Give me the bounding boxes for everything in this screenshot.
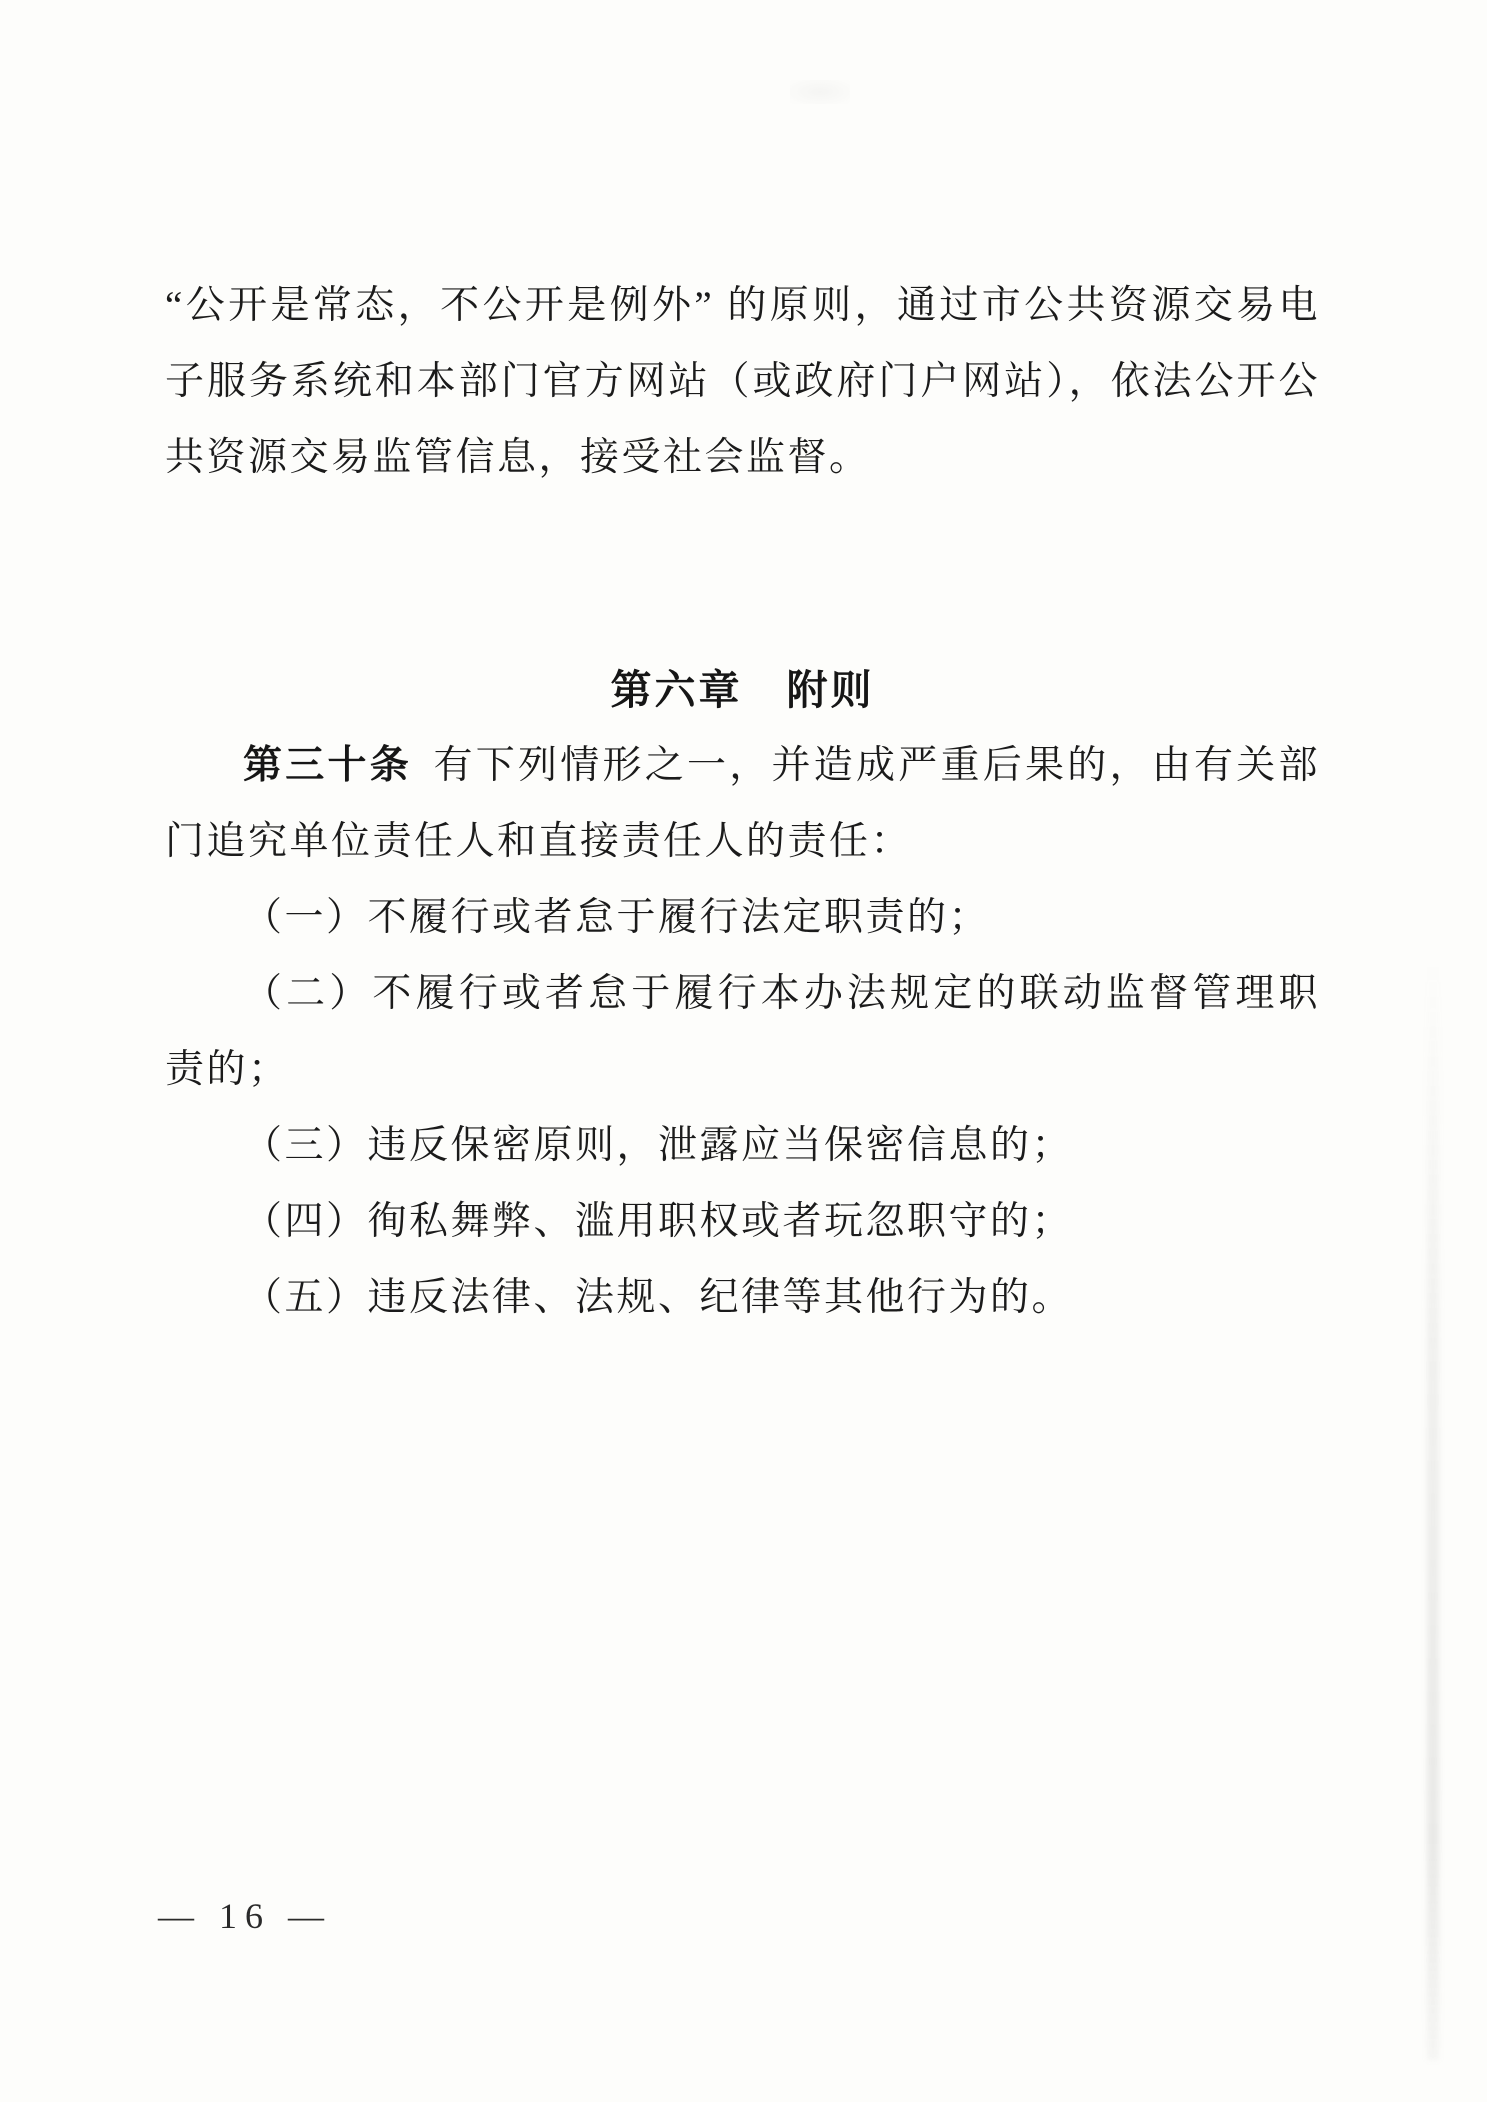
article-item-4: （四）徇私舞弊、滥用职权或者玩忽职守的；	[165, 1184, 1320, 1260]
document-page: “公开是常态，不公开是例外” 的原则，通过市公共资源交易电子服务系统和本部门官方…	[0, 0, 1487, 2102]
scan-artifact-right-edge	[1427, 960, 1439, 2060]
chapter-heading: 第六章 附则	[165, 652, 1320, 728]
article-item-5: （五）违反法律、法规、纪律等其他行为的。	[165, 1260, 1320, 1336]
article-item-3: （三）违反保密原则，泄露应当保密信息的；	[165, 1108, 1320, 1184]
article-30-intro: 第三十条有下列情形之一，并造成严重后果的，由有关部门追究单位责任人和直接责任人的…	[165, 728, 1320, 880]
article-number: 第三十条	[243, 744, 412, 787]
article-item-2: （二）不履行或者怠于履行本办法规定的联动监督管理职责的；	[165, 956, 1320, 1108]
page-number: — 16 —	[158, 1886, 332, 1946]
document-body: “公开是常态，不公开是例外” 的原则，通过市公共资源交易电子服务系统和本部门官方…	[165, 268, 1320, 1336]
scan-artifact-smudge	[790, 80, 850, 104]
paragraph-continuation: “公开是常态，不公开是例外” 的原则，通过市公共资源交易电子服务系统和本部门官方…	[165, 268, 1320, 496]
article-item-1: （一）不履行或者怠于履行法定职责的；	[165, 880, 1320, 956]
